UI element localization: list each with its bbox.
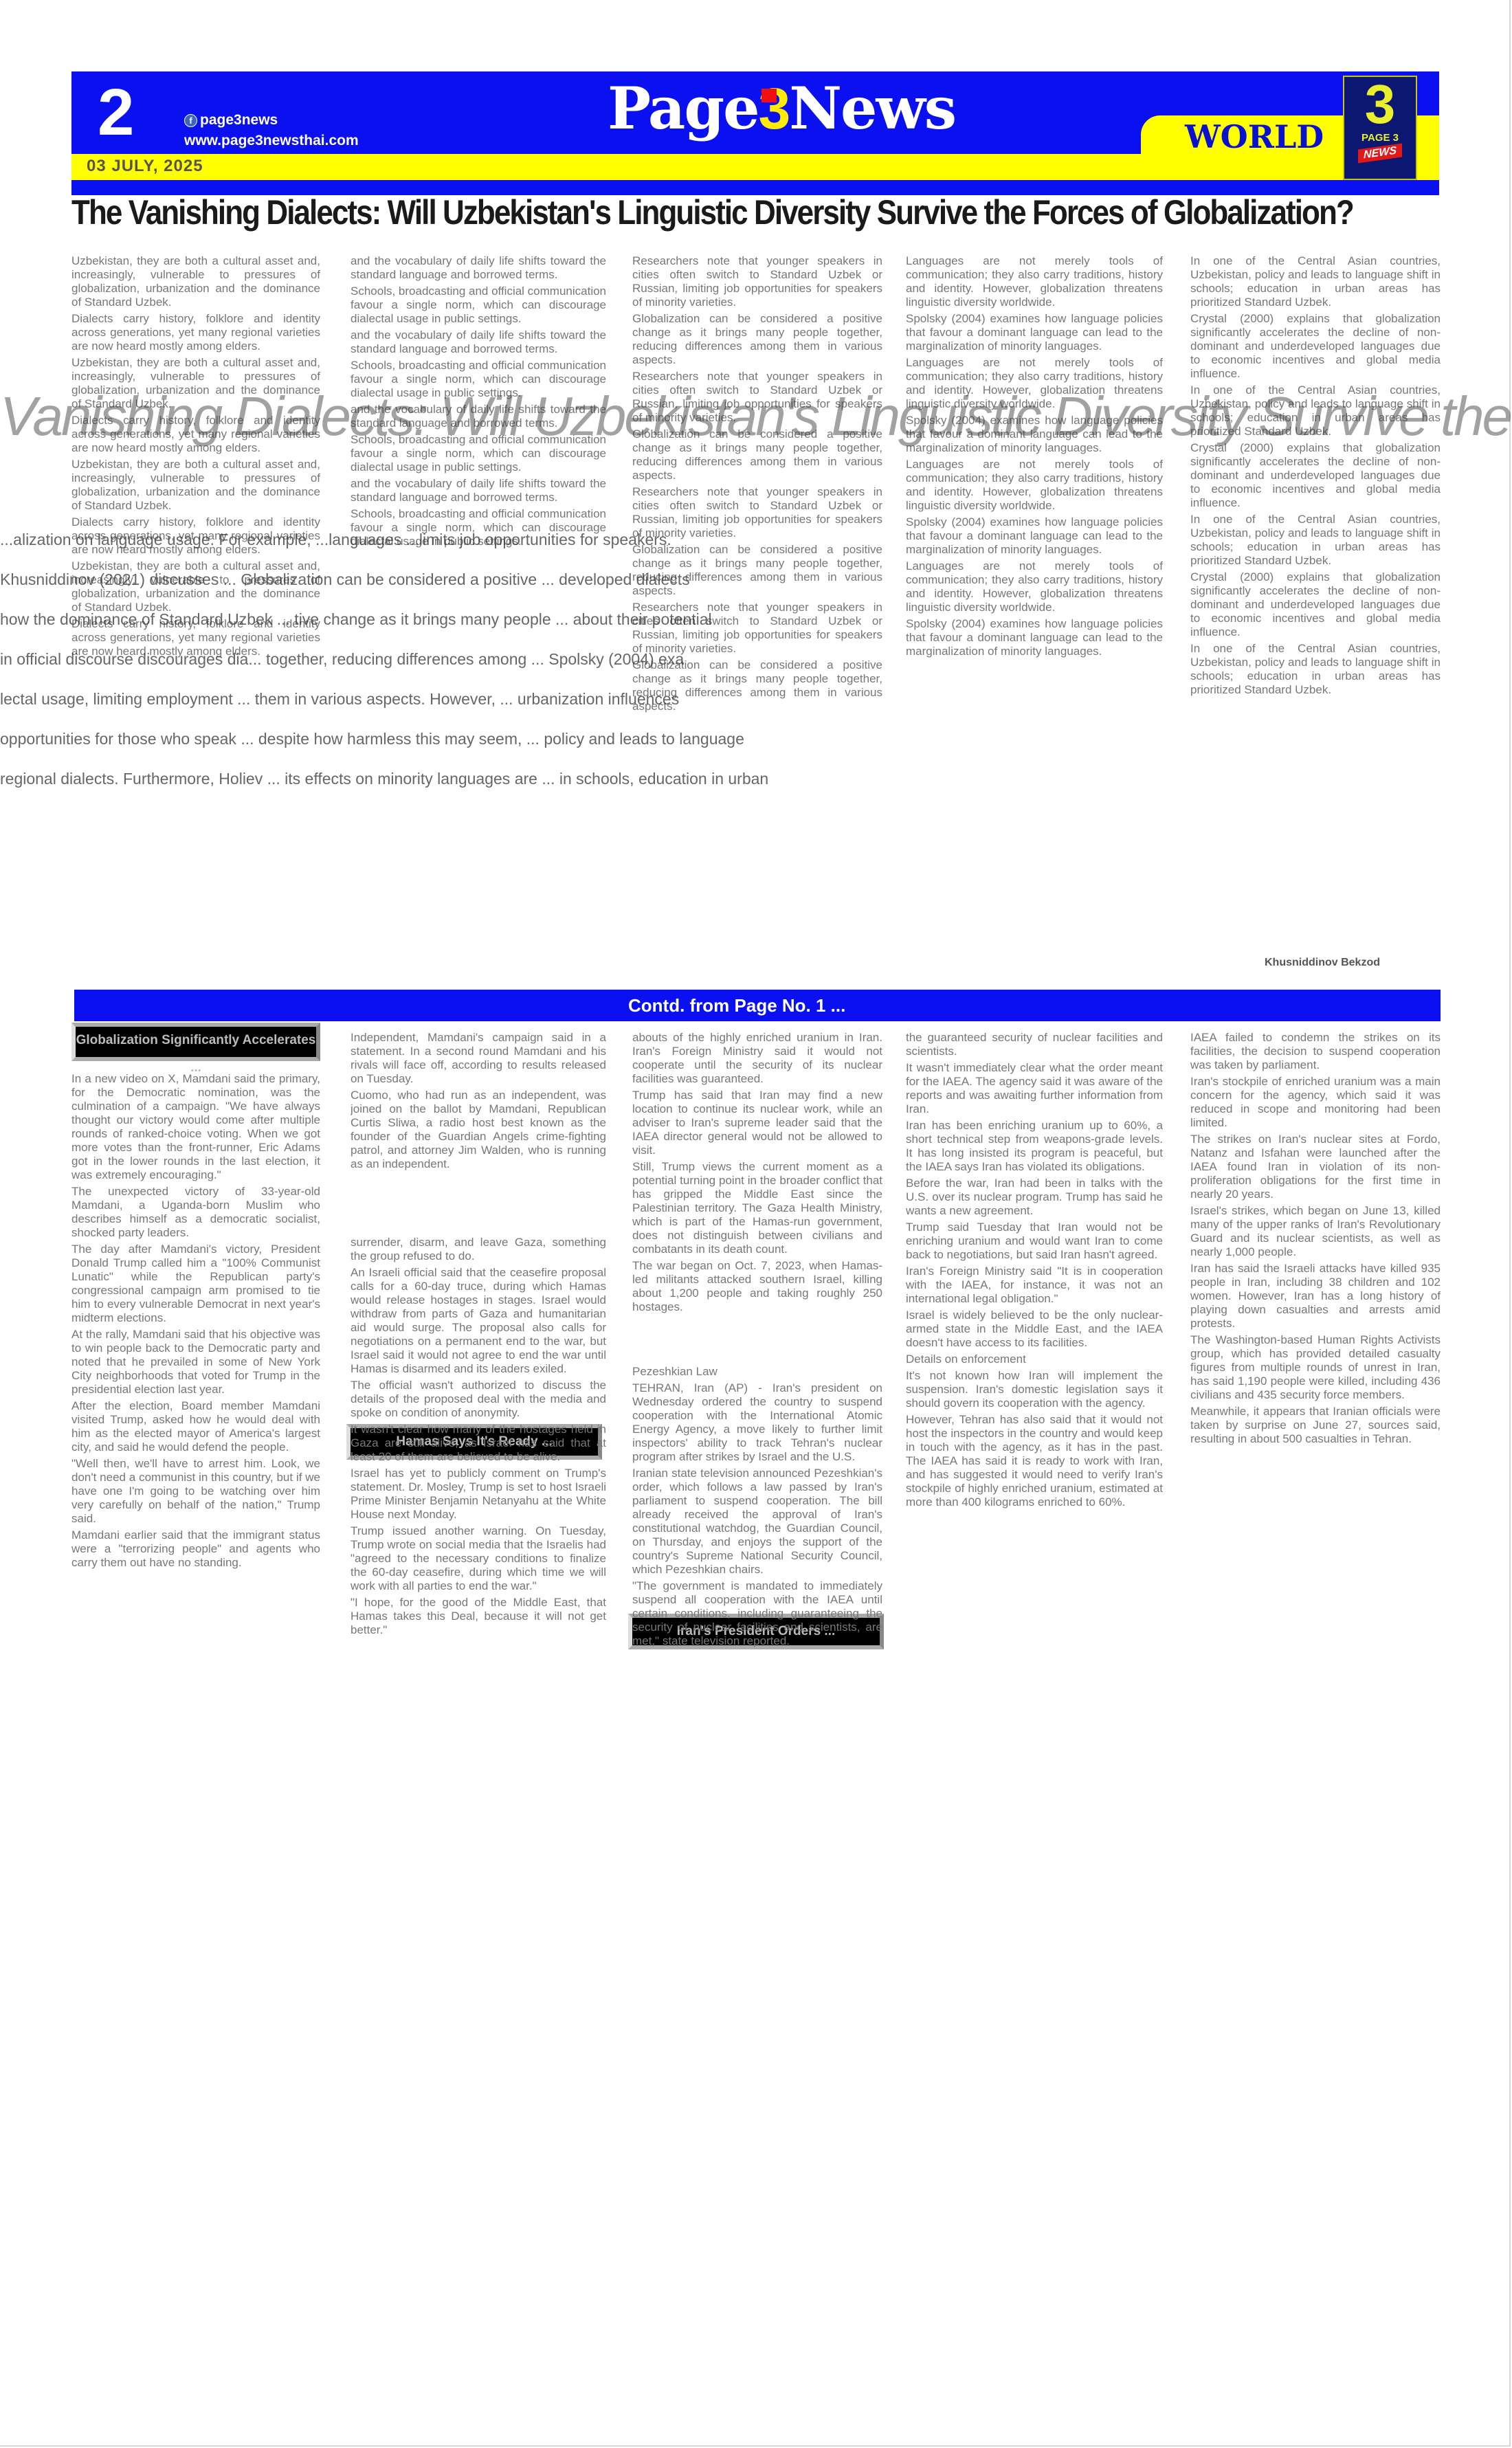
paragraph: "The government is mandated to immediate…: [632, 1579, 882, 1648]
story-column-3: abouts of the highly enriched uranium in…: [632, 1031, 882, 2399]
paragraph: Spolsky (2004) examines how language pol…: [906, 515, 1163, 557]
badge-number: 3: [1344, 77, 1416, 132]
social-links: fpage3news www.page3newsthai.com: [184, 110, 359, 151]
paragraph: Pezeshkian Law: [632, 1365, 882, 1379]
paragraph: surrender, disarm, and leave Gaza, somet…: [351, 1236, 606, 1263]
paragraph: the guaranteed security of nuclear facil…: [906, 1031, 1163, 1058]
overlay-title-ghost: Vanishing Dialects: Will Uzbekistan's Li…: [0, 385, 1512, 448]
overlay-fragment: in official discourse discourages dia...…: [0, 650, 684, 669]
paragraph: The day after Mamdani's victory, Preside…: [71, 1243, 320, 1325]
paragraph: TEHRAN, Iran (AP) - Iran's president on …: [632, 1381, 882, 1464]
paragraph: Iran's stockpile of enriched uranium was…: [1190, 1075, 1441, 1130]
story-column-5: IAEA failed to condemn the strikes on it…: [1190, 1031, 1441, 2399]
paragraph: In one of the Central Asian countries, U…: [1190, 254, 1441, 309]
author-credit: Khusniddinov Bekzod: [1265, 957, 1380, 969]
paragraph: Globalization can be considered a positi…: [632, 312, 882, 367]
paragraph: Trump has said that Iran may find a new …: [632, 1089, 882, 1157]
paragraph: Languages are not merely tools of commun…: [906, 559, 1163, 614]
paragraph: and the vocabulary of daily life shifts …: [351, 477, 606, 504]
overlay-fragment: opportunities for those who speak ... de…: [0, 730, 744, 748]
paragraph: Israel has yet to publicly comment on Tr…: [351, 1467, 606, 1522]
paragraph: It's not known how Iran will implement t…: [906, 1369, 1163, 1410]
paragraph: Before the war, Iran had been in talks w…: [906, 1177, 1163, 1218]
paragraph: In one of the Central Asian countries, U…: [1190, 513, 1441, 568]
paragraph: Iranian state television announced Pezes…: [632, 1467, 882, 1577]
masthead-yellow-band: [71, 154, 1144, 180]
issue-date: 03 JULY, 2025: [87, 157, 203, 176]
logo-prefix: Page: [608, 74, 759, 142]
overlay-fragment: lectal usage, limiting employment ... th…: [0, 690, 679, 709]
website-link[interactable]: www.page3newsthai.com: [184, 131, 359, 151]
paragraph: "Well then, we'll have to arrest him. Lo…: [71, 1457, 320, 1526]
story-column-2: Independent, Mamdani's campaign said in …: [351, 1031, 606, 2399]
paragraph: Trump said Tuesday that Iran would not b…: [906, 1221, 1163, 1262]
paragraph: "I hope, for the good of the Middle East…: [351, 1596, 606, 1637]
paragraph: An Israeli official said that the ceasef…: [351, 1266, 606, 1376]
paragraph: Schools, broadcasting and official commu…: [351, 285, 606, 326]
logo-number: 3: [759, 76, 790, 141]
paragraph: The unexpected victory of 33-year-old Ma…: [71, 1185, 320, 1240]
article-headline: The Vanishing Dialects: Will Uzbekistan'…: [71, 192, 1275, 232]
paragraph: The official wasn't authorized to discus…: [351, 1379, 606, 1420]
paragraph: After the election, Board member Mamdani…: [71, 1399, 320, 1454]
paragraph: Crystal (2000) explains that globalizati…: [1190, 441, 1441, 510]
badge-page: PAGE 3: [1344, 132, 1416, 144]
section-label: WORLD: [1185, 118, 1324, 155]
logo-suffix: News: [789, 74, 955, 142]
article-column-4: Languages are not merely tools of commun…: [906, 254, 1163, 983]
newspaper-logo[interactable]: Page3News: [608, 74, 955, 142]
paragraph: Spolsky (2004) examines how language pol…: [906, 312, 1163, 353]
paragraph: Researchers note that younger speakers i…: [632, 254, 882, 309]
continued-banner: Contd. from Page No. 1 ...: [74, 990, 1441, 1021]
paragraph: At the rally, Mamdani said that his obje…: [71, 1328, 320, 1397]
paragraph: Uzbekistan, they are both a cultural ass…: [71, 254, 320, 309]
paragraph: Crystal (2000) explains that globalizati…: [1190, 312, 1441, 381]
paragraph: Crystal (2000) explains that globalizati…: [1190, 570, 1441, 639]
paragraph: Mamdani earlier said that the immigrant …: [71, 1528, 320, 1570]
section-head-globalization: Globalization Significantly Accelerates …: [71, 1023, 320, 1061]
paragraph: Spolsky (2004) examines how language pol…: [906, 617, 1163, 658]
facebook-icon: f: [184, 114, 197, 127]
facebook-link[interactable]: fpage3news: [184, 110, 359, 131]
paragraph: Iran's Foreign Ministry said "It is in c…: [906, 1265, 1163, 1306]
paragraph: Israel is widely believed to be the only…: [906, 1309, 1163, 1350]
article-column-5: In one of the Central Asian countries, U…: [1190, 254, 1441, 948]
paragraph: Iran has been enriching uranium up to 60…: [906, 1119, 1163, 1174]
paragraph: The war began on Oct. 7, 2023, when Hama…: [632, 1259, 882, 1314]
paragraph: Details on enforcement: [906, 1353, 1163, 1366]
paragraph: Meanwhile, it appears that Iranian offic…: [1190, 1405, 1441, 1446]
story-column-1: In a new video on X, Mamdani said the pr…: [71, 1072, 320, 2399]
paragraph: IAEA failed to condemn the strikes on it…: [1190, 1031, 1441, 1072]
paragraph: Uzbekistan, they are both a cultural ass…: [71, 458, 320, 513]
paragraph: Trump issued another warning. On Tuesday…: [351, 1524, 606, 1593]
overlay-fragment: regional dialects. Furthermore, Holiev .…: [0, 770, 768, 788]
paragraph: and the vocabulary of daily life shifts …: [351, 329, 606, 356]
continued-label: Contd. from Page No. 1 ...: [628, 995, 845, 1016]
overlay-fragment: how the dominance of Standard Uzbek ... …: [0, 610, 712, 629]
paragraph: It wasn't immediately clear what the ord…: [906, 1061, 1163, 1116]
paragraph: Languages are not merely tools of commun…: [906, 458, 1163, 513]
paragraph: Iran has said the Israeli attacks have k…: [1190, 1262, 1441, 1331]
paragraph: Languages are not merely tools of commun…: [906, 254, 1163, 309]
paragraph: The strikes on Iran's nuclear sites at F…: [1190, 1133, 1441, 1201]
paragraph: and the vocabulary of daily life shifts …: [351, 254, 606, 282]
masthead: 2 fpage3news www.page3newsthai.com 03 JU…: [71, 71, 1439, 195]
overlay-fragment: ...alization on language usage. For exam…: [0, 531, 671, 549]
paragraph: Israel's strikes, which began on June 13…: [1190, 1204, 1441, 1259]
page-number: 2: [98, 80, 134, 146]
paragraph: Independent, Mamdani's campaign said in …: [351, 1031, 606, 1086]
paragraph: In one of the Central Asian countries, U…: [1190, 642, 1441, 697]
paragraph: In a new video on X, Mamdani said the pr…: [71, 1072, 320, 1182]
paragraph: Still, Trump views the current moment as…: [632, 1160, 882, 1256]
paragraph: It wasn't clear how many of the hostages…: [351, 1423, 606, 1464]
badge-news: NEWS: [1358, 144, 1402, 164]
page3-news-badge: 3 PAGE 3 NEWS: [1343, 76, 1417, 180]
facebook-handle: page3news: [200, 112, 278, 128]
paragraph: Cuomo, who had run as an independent, wa…: [351, 1089, 606, 1171]
paragraph: abouts of the highly enriched uranium in…: [632, 1031, 882, 1086]
paragraph: Dialects carry history, folklore and ide…: [71, 312, 320, 353]
overlay-fragment: Khusniddinov (2021) discusses ... Global…: [0, 570, 690, 589]
paragraph: The Washington-based Human Rights Activi…: [1190, 1333, 1441, 1402]
story-column-4: the guaranteed security of nuclear facil…: [906, 1031, 1163, 2399]
paragraph: However, Tehran has also said that it wo…: [906, 1413, 1163, 1509]
